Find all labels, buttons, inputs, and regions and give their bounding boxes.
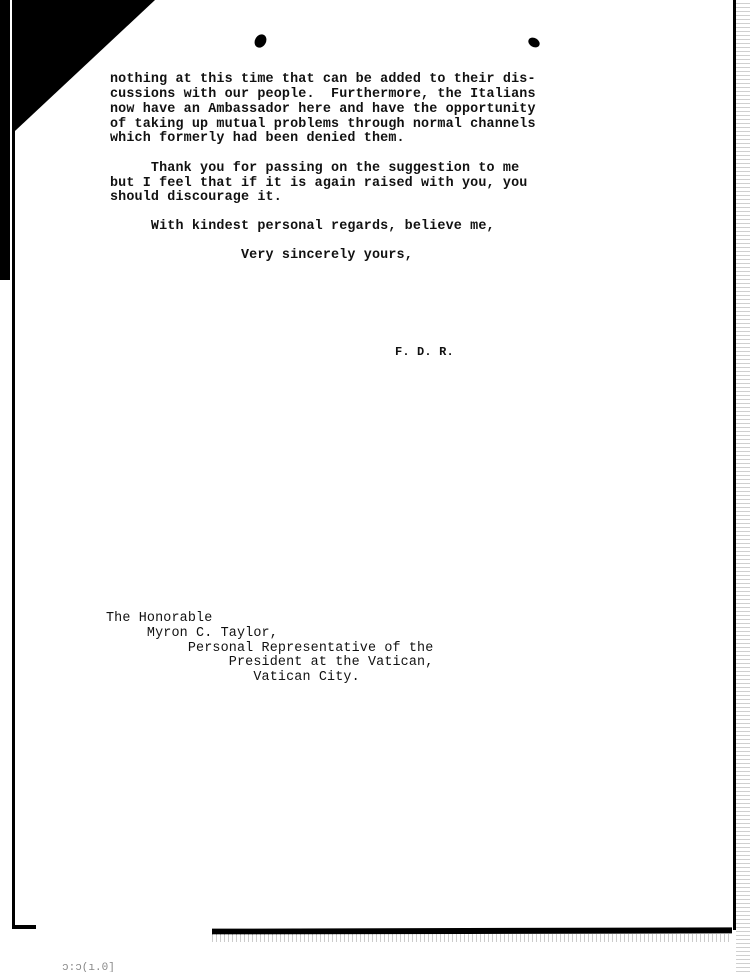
address-line: The Honorable	[106, 611, 212, 626]
sign-off: Very sincerely yours,	[241, 248, 413, 263]
address-line: Vatican City.	[106, 670, 360, 685]
signature: F. D. R.	[395, 345, 454, 360]
text-line: nothing at this time that can be added t…	[110, 72, 536, 87]
punch-hole-left	[252, 32, 269, 50]
closing-regards: With kindest personal regards, believe m…	[110, 219, 495, 234]
page-right-grain	[736, 0, 750, 972]
text-line: Thank you for passing on the suggestion …	[110, 161, 519, 176]
address-line: Myron C. Taylor,	[106, 626, 278, 641]
text-line: of taking up mutual problems through nor…	[110, 117, 536, 132]
text-line: cussions with our people. Furthermore, t…	[110, 87, 536, 102]
page-left-foot	[12, 925, 36, 929]
page-left-shadow	[0, 0, 22, 280]
text-line: but I feel that if it is again raised wi…	[110, 176, 527, 191]
text-line: now have an Ambassador here and have the…	[110, 102, 536, 117]
archive-mark: ɔ:ɔ(ı.0]	[62, 962, 115, 972]
page-bottom-grain	[212, 934, 732, 942]
punch-hole-right	[527, 36, 542, 50]
address-line: Personal Representative of the	[106, 641, 433, 656]
text-line: should discourage it.	[110, 190, 282, 205]
page-left-edge	[12, 130, 15, 926]
address-line: President at the Vatican,	[106, 655, 433, 670]
text-line: which formerly had been denied them.	[110, 131, 405, 146]
